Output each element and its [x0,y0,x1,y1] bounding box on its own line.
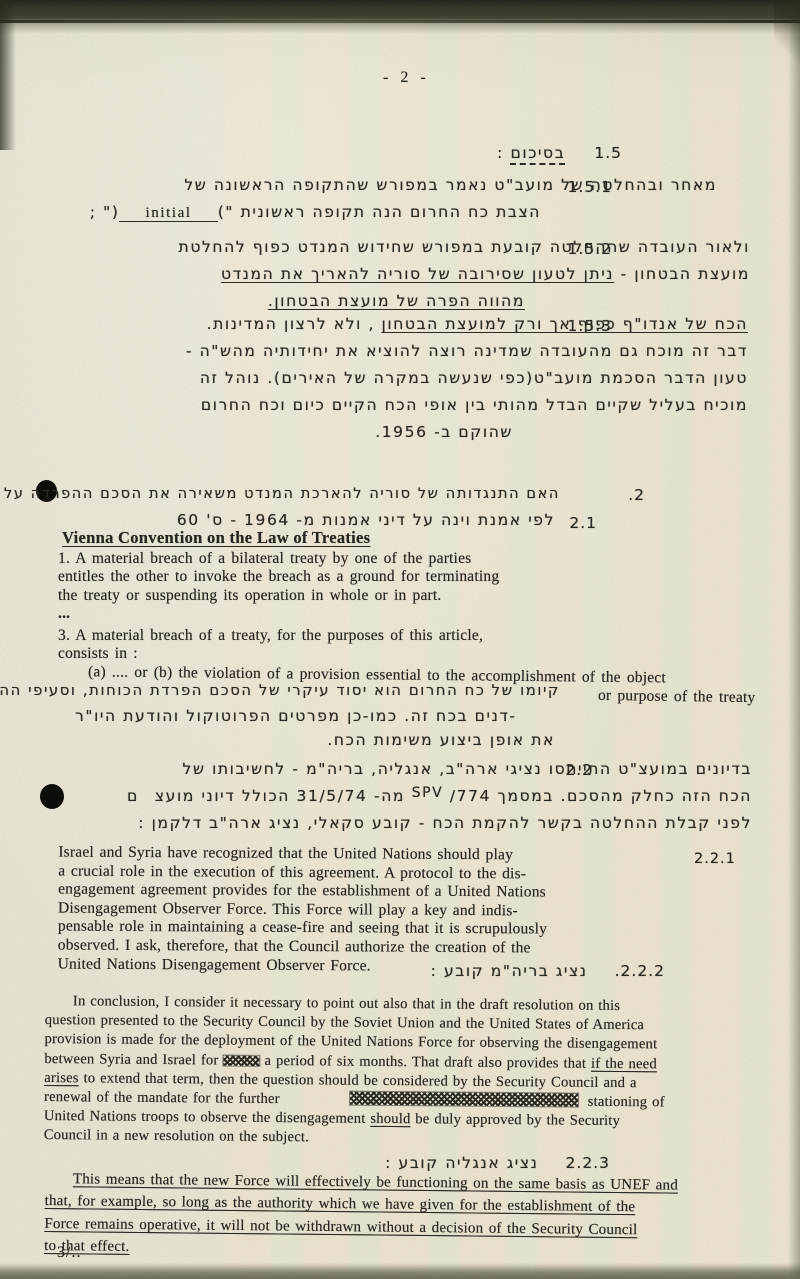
line-end: ; [90,203,103,221]
doc-ref-number: /774 [443,787,491,805]
underlined-text: if the need [591,1055,657,1072]
item-2-2: בדיונים במועצ"ט התייחסו נציגי ארה"ב, אנג… [127,756,752,837]
quote-line: 3. A material breach of a treaty, for th… [58,627,666,645]
quote-line: consists in : [58,645,666,663]
line-text: United Nations troops to observe the dis… [44,1108,371,1127]
item-number: 1.5 [594,144,622,162]
line-text: , ולא לרצון המדינות. [207,315,382,333]
heading-2-2-2: 2.2.2. נציג בריה"מ קובע : [431,958,665,985]
line: ולאור העובדה שההחלטה קובעת במפורש שחידוש… [179,234,750,261]
hebrew-commentary-line: -דנים בכח זה. כמו-כן מפרטים הפרוטוקול וה… [75,707,517,725]
quote-uk: This means that the new Force will effec… [44,1168,678,1264]
line: הכח של אנדו"ף כפוף אך ורק למועצת הבטחון … [186,311,748,338]
vienna-convention-title: Vienna Convention on the Law of Treaties [62,528,370,548]
line: הכח הזה כחלק מהסכם. במסמך SPV /774 מה- 3… [127,783,752,810]
redaction-strikeout-small [223,1055,259,1065]
ellipsis: ... [58,605,666,623]
vienna-quote: 1. A material breach of a bilateral trea… [58,550,666,682]
quote-line: observed. I ask, therefore, that the Cou… [58,936,547,958]
item-1-5-3: הכח של אנדו"ף כפוף אך ורק למועצת הבטחון … [186,311,748,446]
item-1-5-1: מאחר ובהחלטה של מועב"ט נאמר במפורש שהתקו… [90,172,717,226]
item-number-2-2-2: 2.2.2. [615,962,665,980]
underlined-text: arises [44,1070,79,1086]
underlined-text: הכח של אנדו"ף כפוף אך ורק למועצת הבטחון [382,315,748,333]
line-text: stationing of [588,1094,665,1111]
line-text: מועצת הבטחון - [614,265,750,283]
line: שהוקם ב- 1956. [186,419,513,446]
hebrew-commentary-line: קיומו של כח החרום הוא יסוד עיקרי של הסכם… [0,682,560,699]
heading-text: נציג בריה"מ קובע : [431,962,588,980]
item-2-1-hebrew: לפי אמנת וינה על דיני אמנות מ- 1964 - ס'… [177,511,555,529]
line: מוכיח בעליל שקיים הבדל מהותי בין אופי הכ… [186,392,748,419]
line-text: to extend that term, then the question s… [79,1070,637,1091]
quote-line: entitles the other to invoke the breach … [58,568,666,586]
line: בדיונים במועצ"ט התייחסו נציגי ארה"ב, אנג… [127,756,752,783]
blank-initial: initial [119,205,217,222]
redaction-strikeout-large [350,1092,578,1107]
scan-left-smudge [0,0,16,150]
line: דבר זה מוכח גם מהעובדה שמדינה רוצה להוצי… [186,338,748,365]
line: לפני קבלת ההחלטה בקשר להקמת הכח - קובע ס… [127,810,752,837]
line: מאחר ובהחלטה של מועב"ט נאמר במפורש שהתקו… [90,172,717,199]
line-text: מה- 31/5/74 הכולל דיוני מועצ [155,787,412,805]
heading-text: נציג אנגליה קובע : [385,1154,538,1172]
line-text: הצבת כח החרום הנה תקופה ראשונית [234,203,541,221]
line: טעון הדבר הסכמת מועב"ט(כפי שנעשה במקרה ש… [186,365,748,392]
paren-open: (" [218,203,234,221]
line-text: be duly approved by the Security [410,1111,620,1129]
section-title-colon: : [497,144,510,162]
section-title: בסיכום [510,144,565,165]
section-heading-1-5: 1.5 בסיכום : [497,140,622,167]
paren-close: ") [103,203,119,221]
scan-top-edge [0,0,800,34]
line: מועצת הבטחון - ניתן לטעון שסירובה של סור… [179,261,750,288]
section-2-question: האם התנגדותה של סוריה להארכת המנדט משאיר… [0,486,560,502]
page-number: - 2 - [383,69,430,87]
quote-scali: Israel and Syria have recognized that th… [58,844,548,977]
line-text: a period of six months. That draft also … [264,1053,591,1072]
quote-soviet: In conclusion, I consider it necessary t… [44,992,666,1151]
quote-line-continuation: or purpose of the treaty [597,687,755,708]
quote-line: 1. A material breach of a bilateral trea… [58,550,666,568]
line: הצבת כח החרום הנה תקופה ראשונית ("initia… [90,199,541,226]
item-number-2: 2. [628,486,645,504]
scan-right-shade [788,0,800,1279]
line-text: renewal of the mandate for the further [44,1089,280,1107]
item-number-2-1: 2.1 [569,514,597,532]
item-number-2-2-3: 2.2.3 [566,1154,610,1172]
quote-line: Israel and Syria have recognized that th… [58,844,547,866]
line-text: between Syria and Israel for [44,1051,218,1069]
scan-bottom-edge [0,1263,800,1279]
item-1-5-2: ולאור העובדה שההחלטה קובעת במפורש שחידוש… [179,234,750,315]
item-number-2-2-1: 2.2.1 [694,851,736,867]
hebrew-commentary-line: את אופן ביצוע משימות הכח. [327,731,555,749]
underlined-text: should [370,1111,410,1127]
line-text: ם [127,787,139,805]
punch-hole-bottom [40,784,64,809]
scanned-document-page: - 2 - 1.5 בסיכום : 1.5.1 מאחר ובהחלטה של… [0,0,800,1279]
footer-continuation-mark: 3/.. [57,1244,81,1262]
underlined-text: ניתן לטעון שסירובה של סוריה להאריך את המ… [221,265,614,283]
scan-top-right-corner [774,0,800,70]
line-text: הכח הזה כחלק מהסכם. במסמך [491,787,752,805]
quote-line: the treaty or suspending its operation i… [58,587,666,605]
doc-ref-spv: SPV [412,785,444,801]
